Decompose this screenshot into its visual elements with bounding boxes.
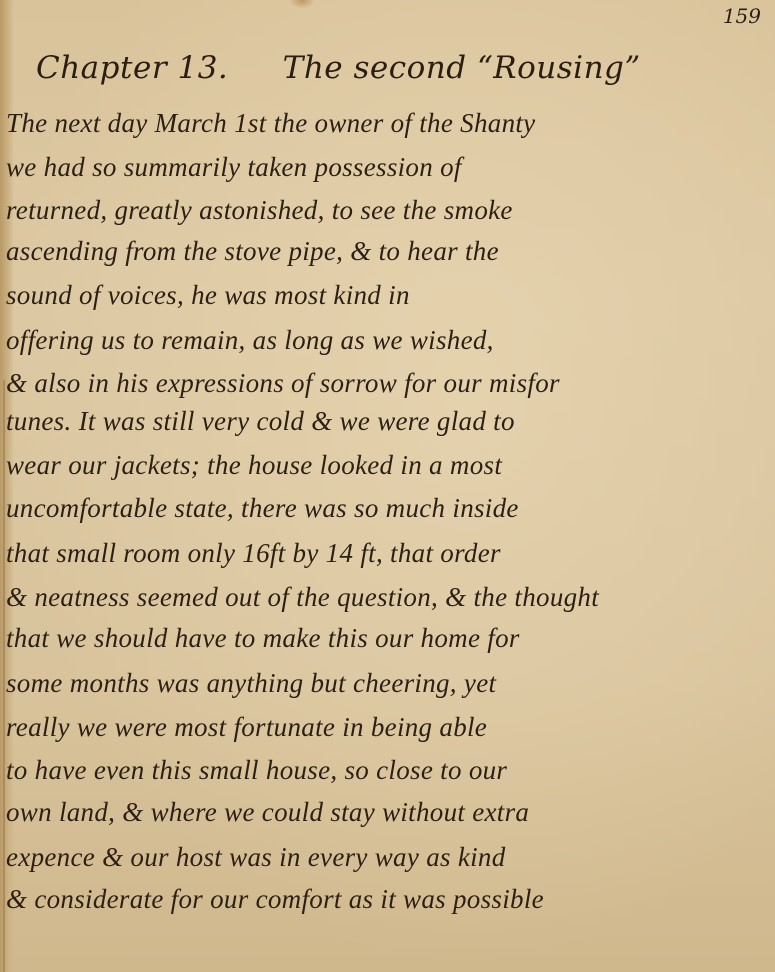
- manuscript-line: sound of voices, he was most kind in: [6, 280, 771, 311]
- manuscript-line: some months was anything but cheering, y…: [6, 668, 771, 699]
- manuscript-line: expence & our host was in every way as k…: [6, 842, 771, 873]
- manuscript-line: The next day March 1st the owner of the …: [6, 108, 771, 139]
- manuscript-page: 159 Chapter 13. The second “Rousing” The…: [0, 0, 775, 972]
- manuscript-line: & neatness seemed out of the question, &…: [6, 582, 771, 613]
- manuscript-line: own land, & where we could stay without …: [6, 797, 771, 828]
- manuscript-line: wear our jackets; the house looked in a …: [6, 450, 771, 481]
- manuscript-line: tunes. It was still very cold & we were …: [6, 406, 771, 437]
- manuscript-line: really we were most fortunate in being a…: [6, 712, 771, 743]
- manuscript-line: & also in his expressions of sorrow for …: [6, 368, 771, 399]
- manuscript-line: & considerate for our comfort as it was …: [6, 884, 771, 915]
- manuscript-line: that small room only 16ft by 14 ft, that…: [6, 538, 771, 569]
- manuscript-line: that we should have to make this our hom…: [6, 623, 771, 654]
- manuscript-body: The next day March 1st the owner of the …: [0, 0, 775, 972]
- manuscript-line: we had so summarily taken possession of: [6, 152, 771, 183]
- manuscript-line: returned, greatly astonished, to see the…: [6, 195, 771, 226]
- manuscript-line: to have even this small house, so close …: [6, 755, 771, 786]
- manuscript-line: uncomfortable state, there was so much i…: [6, 493, 771, 524]
- manuscript-line: offering us to remain, as long as we wis…: [6, 325, 771, 356]
- manuscript-line: ascending from the stove pipe, & to hear…: [6, 236, 771, 267]
